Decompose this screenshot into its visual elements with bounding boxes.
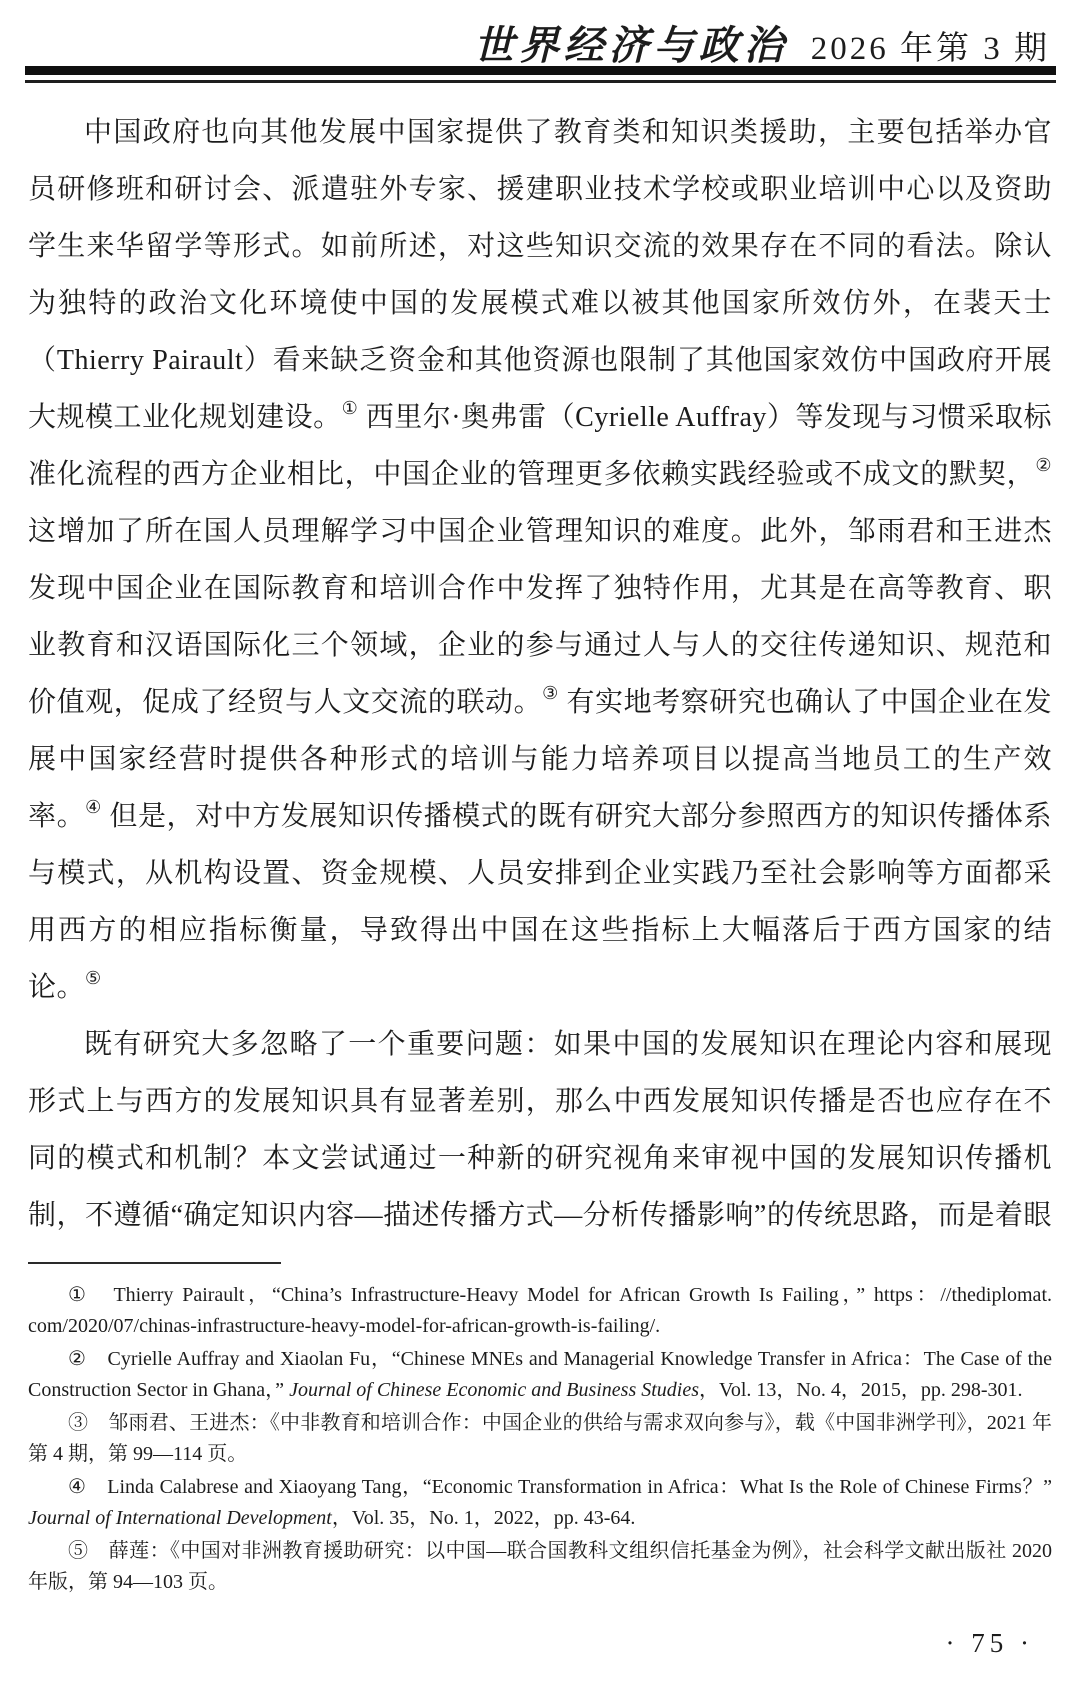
footnote-3: ③ 邹雨君、王进杰：《中非教育和培训合作：中国企业的供给与需求双向参与》，载《中… [28,1408,1052,1470]
journal-page: 世界经济与政治2026 年第 3 期 中国政府也向其他发展中国家提供了教育类和知… [0,0,1080,1689]
footnote-text: ④ Linda Calabrese and Xiaoyang Tang，“Eco… [68,1476,1052,1498]
journal-title-italic: Journal of International Development [28,1507,332,1529]
footnote-ref-3: ③ [542,683,559,703]
footnote-2: ② Cyrielle Auffray and Xiaolan Fu，“Chine… [28,1344,1052,1406]
footnote-text: ③ 邹雨君、王进杰：《中非教育和培训合作：中国企业的供给与需求双向参与》，载《中… [28,1412,1052,1465]
paragraph-text: 既有研究大多忽略了一个重要问题：如果中国的发展知识在理论内容和展现形式上与西方的… [28,1029,1052,1254]
footnote-4: ④ Linda Calabrese and Xiaoyang Tang，“Eco… [28,1472,1052,1534]
paragraph-text: 中国政府也向其他发展中国家提供了教育类和知识类援助，主要包括举办官员研修班和研讨… [28,117,1052,433]
paragraph-text: 但是，对中方发展知识传播模式的既有研究大部分参照西方的知识传播体系与模式，从机构… [28,801,1052,1003]
footnotes-section: ① Thierry Pairault，“China’s Infrastructu… [28,1262,1052,1622]
header-rule-thick [25,66,1056,75]
footnote-text: ⑤ 薛莲：《中国对非洲教育援助研究：以中国—联合国教科文组织信托基金为例》，社会… [28,1540,1052,1593]
footnote-ref-1: ① [342,398,359,418]
page-header: 世界经济与政治2026 年第 3 期 [28,14,1050,71]
footnote-text: ① Thierry Pairault，“China’s Infrastructu… [28,1284,1052,1337]
footnote-ref-4: ④ [85,797,102,817]
footnote-ref-2: ② [1035,455,1052,475]
footnote-text: ，Vol. 13，No. 4，2015，pp. 298-301. [699,1379,1023,1401]
page-number: · 75 · [946,1628,1034,1659]
journal-title-italic: Journal of Chinese Economic and Business… [289,1379,699,1401]
footnote-ref-5: ⑤ [85,968,102,988]
body-paragraph-1: 中国政府也向其他发展中国家提供了教育类和知识类援助，主要包括举办官员研修班和研讨… [28,104,1052,1016]
body-text-block: 中国政府也向其他发展中国家提供了教育类和知识类援助，主要包括举办官员研修班和研讨… [28,104,1052,1254]
header-rule-thin [25,80,1056,83]
journal-name-calligraphy: 世界经济与政治 [474,22,789,69]
footnote-1: ① Thierry Pairault，“China’s Infrastructu… [28,1280,1052,1342]
footnote-separator-rule [28,1262,281,1264]
footnote-text: ，Vol. 35，No. 1，2022，pp. 43-64. [332,1507,636,1529]
footnote-5: ⑤ 薛莲：《中国对非洲教育援助研究：以中国—联合国教科文组织信托基金为例》，社会… [28,1536,1052,1598]
body-paragraph-2: 既有研究大多忽略了一个重要问题：如果中国的发展知识在理论内容和展现形式上与西方的… [28,1016,1052,1254]
issue-label: 2026 年第 3 期 [811,31,1050,67]
